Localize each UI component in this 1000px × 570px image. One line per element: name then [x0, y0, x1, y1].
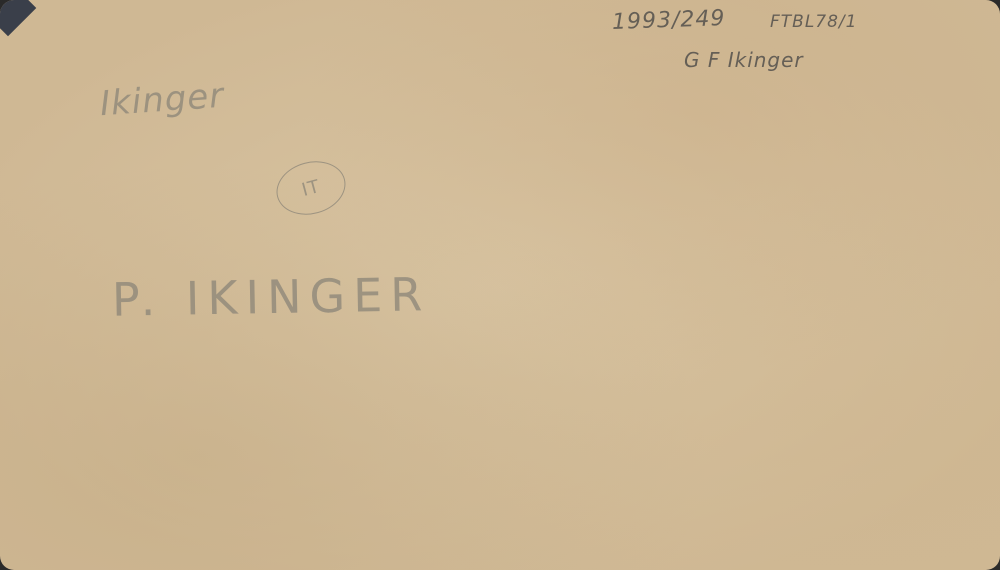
catalog-reference: FTBL78/1	[770, 12, 857, 32]
photo-corner	[0, 0, 36, 36]
accession-number: 1993/249	[612, 6, 726, 35]
handwritten-name-script: Ikinger	[99, 76, 226, 125]
handwritten-name-caps: P. IKINGER	[112, 267, 431, 327]
attribution-note: G F Ikinger	[684, 48, 804, 72]
circled-mark: IT	[270, 154, 351, 222]
card-back: 1993/249 FTBL78/1 G F Ikinger Ikinger IT…	[0, 0, 1000, 570]
